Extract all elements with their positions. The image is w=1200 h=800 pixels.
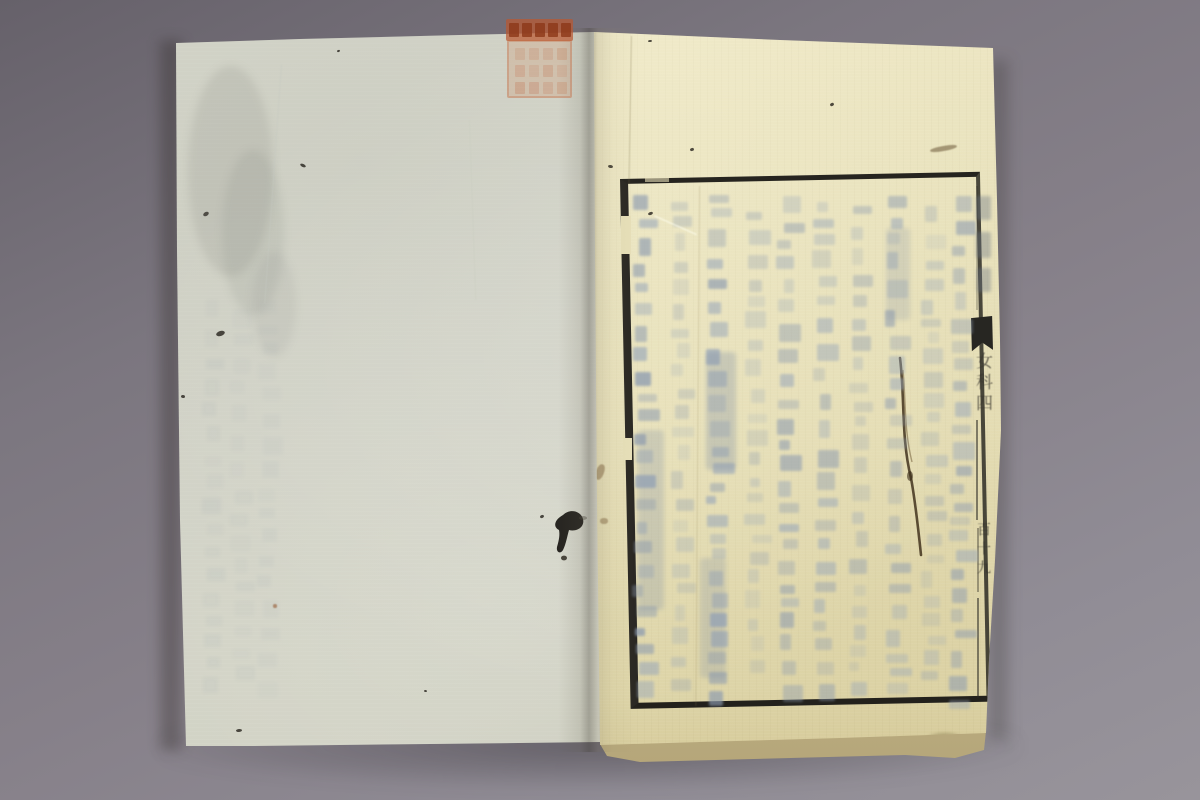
showthrough-glyph	[671, 364, 683, 377]
showthrough-glyph	[675, 405, 688, 419]
showthrough-glyph	[956, 550, 978, 561]
showthrough-glyph	[783, 196, 801, 213]
showthrough-glyph	[954, 503, 973, 512]
showthrough-glyph	[927, 555, 945, 564]
showthrough-glyph	[928, 332, 940, 343]
showthrough-glyph	[639, 219, 658, 228]
brown-mark	[600, 518, 608, 524]
showthrough-glyph	[926, 235, 946, 249]
showthrough-glyph	[852, 336, 872, 352]
showthrough-glyph	[778, 299, 794, 312]
showthrough-glyph	[819, 684, 835, 701]
banxin-rule	[977, 598, 979, 698]
paper-speck	[236, 729, 242, 733]
showthrough-glyph	[952, 425, 971, 434]
seal-script-glyph-faded	[515, 48, 525, 60]
seal-script-glyph-faded	[543, 65, 553, 77]
showthrough-glyph	[748, 340, 763, 351]
showthrough-glyph	[675, 233, 685, 251]
showthrough-glyph	[956, 196, 973, 212]
showthrough-glyph	[855, 416, 866, 426]
showthrough-glyph	[639, 662, 659, 675]
showthrough-glyph	[953, 442, 975, 460]
showthrough-glyph	[886, 654, 908, 663]
showthrough-glyph	[633, 195, 648, 210]
showthrough-glyph	[780, 612, 794, 628]
showthrough-glyph	[927, 534, 942, 546]
showthrough-glyph	[709, 195, 728, 203]
seal-script-glyph-faded	[557, 48, 567, 60]
showthrough-glyph	[851, 682, 867, 696]
showthrough-glyph	[779, 524, 798, 533]
ink-blot	[550, 506, 592, 564]
frame-border-wear	[645, 178, 669, 182]
showthrough-glyph	[815, 638, 832, 650]
showthrough-glyph	[745, 311, 767, 328]
showthrough-glyph	[923, 348, 944, 364]
showthrough-glyph	[949, 700, 970, 709]
showthrough-glyph	[818, 498, 838, 507]
showthrough-glyph	[206, 300, 219, 317]
seal-script-glyph-faded	[557, 82, 567, 94]
showthrough-glyph	[675, 605, 685, 621]
showthrough-glyph	[708, 229, 726, 247]
showthrough-dense-cluster	[638, 430, 664, 610]
showthrough-glyph	[259, 508, 276, 518]
showthrough-glyph	[778, 400, 799, 410]
showthrough-glyph	[815, 520, 837, 531]
showthrough-glyph	[854, 457, 867, 473]
showthrough-glyph	[951, 609, 963, 622]
showthrough-glyph	[235, 558, 247, 574]
showthrough-dense-cluster	[706, 352, 736, 470]
showthrough-glyph	[925, 496, 944, 506]
ownership-seal	[506, 19, 573, 98]
showthrough-glyph	[748, 569, 759, 583]
showthrough-glyph	[817, 472, 835, 490]
showthrough-dense-cluster	[886, 228, 910, 320]
paper-speck	[424, 690, 427, 693]
showthrough-glyph	[207, 426, 220, 441]
showthrough-glyph	[749, 230, 771, 245]
showthrough-glyph	[891, 563, 911, 573]
showthrough-glyph	[784, 223, 805, 233]
showthrough-glyph	[956, 466, 972, 477]
showthrough-dense-cluster	[700, 558, 726, 678]
showthrough-glyph	[778, 349, 799, 363]
seal-faded-body	[507, 40, 572, 98]
showthrough-glyph	[925, 474, 941, 484]
showthrough-glyph	[890, 668, 912, 677]
showthrough-glyph	[955, 402, 971, 417]
showthrough-glyph	[778, 561, 795, 576]
showthrough-glyph	[678, 389, 695, 399]
showthrough-glyph	[750, 660, 765, 673]
showthrough-glyph	[258, 653, 277, 667]
showthrough-glyph	[819, 276, 837, 287]
showthrough-glyph	[813, 621, 827, 632]
showthrough-glyph	[927, 511, 947, 522]
showthrough-glyph	[779, 503, 800, 513]
showthrough-glyph	[232, 405, 246, 420]
paper-crease	[628, 36, 632, 184]
showthrough-glyph	[677, 583, 696, 593]
volume-label: 女科四	[974, 352, 995, 432]
showthrough-glyph	[777, 419, 794, 435]
showthrough-glyph	[635, 372, 650, 386]
seal-script-glyph-faded	[515, 82, 525, 94]
showthrough-glyph	[852, 485, 870, 500]
showthrough-glyph	[814, 599, 825, 613]
paper-speck	[337, 50, 341, 53]
seal-script-glyph-faded	[529, 65, 539, 77]
showthrough-glyph	[922, 613, 940, 626]
showthrough-glyph	[854, 625, 866, 640]
seal-upper-band	[506, 19, 573, 41]
showthrough-glyph	[887, 683, 907, 694]
paper-speck	[690, 147, 695, 151]
paper-speck	[300, 163, 307, 168]
showthrough-glyph	[852, 512, 864, 524]
showthrough-glyph	[262, 528, 276, 543]
showthrough-glyph	[889, 356, 905, 374]
showthrough-glyph	[925, 206, 937, 222]
showthrough-glyph	[856, 531, 868, 547]
showthrough-glyph	[890, 461, 901, 476]
showthrough-glyph	[953, 268, 965, 284]
showthrough-glyph	[776, 256, 794, 269]
showthrough-glyph	[673, 279, 689, 295]
showthrough-glyph	[678, 445, 691, 460]
showthrough-glyph	[236, 666, 255, 680]
showthrough-glyph	[235, 601, 254, 615]
seal-script-glyph	[522, 23, 532, 37]
showthrough-glyph	[781, 598, 799, 607]
showthrough-glyph	[889, 584, 911, 592]
showthrough-glyph	[207, 474, 223, 488]
showthrough-glyph	[745, 590, 760, 608]
showthrough-glyph	[817, 344, 839, 362]
paper-crease	[469, 120, 476, 300]
showthrough-glyph	[924, 372, 943, 388]
showthrough-glyph	[853, 357, 863, 370]
showthrough-glyph	[708, 279, 727, 289]
showthrough-glyph	[852, 248, 864, 265]
showthrough-glyph	[951, 319, 973, 334]
showthrough-glyph	[677, 343, 690, 358]
showthrough-glyph	[263, 414, 280, 428]
seal-script-glyph	[561, 23, 571, 37]
showthrough-glyph	[203, 593, 219, 607]
seal-script-glyph	[509, 23, 519, 37]
showthrough-glyph	[949, 530, 969, 541]
showthrough-glyph	[924, 393, 944, 408]
showthrough-glyph	[633, 347, 647, 361]
seal-script-glyph-faded	[529, 82, 539, 94]
showthrough-glyph	[263, 437, 283, 455]
showthrough-glyph	[207, 524, 222, 534]
seal-script-glyph-faded	[543, 82, 553, 94]
showthrough-glyph	[852, 606, 867, 619]
showthrough-glyph	[921, 319, 940, 327]
showthrough-glyph	[671, 329, 688, 338]
showthrough-glyph	[633, 264, 645, 276]
showthrough-glyph	[676, 537, 693, 552]
showthrough-glyph	[849, 383, 868, 394]
showthrough-glyph	[748, 296, 765, 307]
showthrough-glyph	[888, 489, 902, 505]
showthrough-glyph	[707, 259, 722, 268]
frame-border-wear	[623, 438, 632, 460]
showthrough-glyph	[950, 517, 970, 525]
showthrough-glyph	[230, 514, 248, 526]
showthrough-glyph	[747, 493, 763, 502]
showthrough-glyph	[778, 481, 791, 497]
brown-mark	[930, 144, 957, 154]
showthrough-glyph	[257, 575, 270, 587]
showthrough-glyph	[783, 685, 802, 702]
showthrough-glyph	[950, 484, 964, 494]
banxin-rule	[976, 420, 978, 520]
showthrough-glyph	[852, 434, 868, 449]
showthrough-glyph	[205, 547, 220, 557]
seal-script-glyph	[535, 23, 545, 37]
showthrough-glyph	[710, 322, 728, 337]
showthrough-glyph	[779, 440, 789, 450]
showthrough-glyph	[672, 427, 694, 436]
showthrough-glyph	[889, 516, 900, 532]
showthrough-glyph	[752, 535, 773, 543]
showthrough-glyph	[815, 582, 836, 592]
showthrough-glyph	[638, 394, 657, 403]
seal-script-glyph-faded	[515, 65, 525, 77]
showthrough-glyph	[852, 319, 866, 331]
showthrough-glyph	[671, 679, 691, 691]
showthrough-glyph	[750, 478, 760, 487]
showthrough-glyph	[820, 394, 832, 410]
showthrough-glyph	[206, 359, 224, 369]
showthrough-glyph	[854, 402, 873, 412]
showthrough-glyph	[204, 634, 221, 647]
showthrough-glyph	[749, 452, 761, 465]
showthrough-glyph	[886, 630, 900, 647]
showthrough-glyph	[816, 562, 836, 576]
showthrough-glyph	[676, 499, 694, 511]
showthrough-glyph	[780, 634, 791, 651]
showthrough-glyph	[890, 336, 911, 350]
showthrough-glyph	[954, 358, 972, 370]
showthrough-glyph	[924, 650, 939, 665]
showthrough-glyph	[635, 303, 652, 315]
showthrough-glyph	[892, 605, 907, 618]
showthrough-glyph	[231, 436, 244, 451]
showthrough-glyph	[812, 250, 831, 268]
showthrough-glyph	[258, 489, 275, 503]
showthrough-glyph	[711, 208, 731, 216]
showthrough-glyph	[638, 409, 660, 422]
showthrough-glyph	[230, 462, 244, 477]
showthrough-glyph	[259, 556, 274, 567]
showthrough-glyph	[780, 374, 794, 387]
showthrough-glyph	[748, 255, 767, 270]
showthrough-glyph	[635, 326, 647, 342]
showthrough-glyph	[849, 559, 867, 574]
showthrough-glyph	[750, 552, 769, 565]
showthrough-glyph	[953, 381, 967, 391]
showthrough-glyph	[818, 450, 840, 468]
seal-script-glyph-faded	[557, 65, 567, 77]
showthrough-glyph	[231, 536, 250, 551]
showthrough-glyph	[952, 246, 965, 256]
showthrough-glyph	[885, 398, 897, 409]
showthrough-glyph	[672, 564, 691, 579]
showthrough-glyph	[671, 657, 686, 668]
showthrough-glyph	[749, 280, 762, 292]
paper-speck	[648, 40, 652, 43]
frame-border-wear	[621, 216, 631, 254]
showthrough-glyph	[817, 296, 834, 305]
paper-speck	[540, 514, 545, 518]
showthrough-glyph	[921, 671, 938, 681]
showthrough-glyph	[751, 636, 764, 652]
showthrough-glyph	[202, 498, 221, 514]
banxin-title-fragment	[976, 196, 991, 220]
showthrough-glyph	[261, 628, 280, 640]
showthrough-glyph	[849, 662, 860, 671]
showthrough-glyph	[674, 262, 687, 274]
seal-script-glyph	[548, 23, 558, 37]
showthrough-glyph	[747, 430, 768, 446]
showthrough-glyph	[955, 630, 977, 638]
showthrough-glyph	[230, 381, 243, 393]
showthrough-glyph	[671, 202, 689, 211]
photo-open-book: 女科四 百十九	[0, 0, 1200, 800]
showthrough-glyph	[780, 585, 795, 594]
showthrough-glyph	[921, 571, 932, 588]
showthrough-glyph	[817, 318, 833, 333]
showthrough-glyph	[235, 627, 251, 637]
showthrough-glyph	[956, 221, 976, 235]
showthrough-glyph	[814, 234, 835, 245]
showthrough-glyph	[751, 389, 765, 403]
showthrough-glyph	[672, 627, 688, 644]
showthrough-glyph	[921, 432, 939, 446]
showthrough-glyph	[777, 240, 791, 249]
showthrough-glyph	[236, 582, 255, 591]
showthrough-glyph	[850, 645, 867, 656]
paper-speck	[830, 102, 835, 106]
paper-speck	[181, 395, 185, 398]
showthrough-glyph	[744, 514, 765, 525]
showthrough-glyph	[205, 457, 220, 466]
showthrough-glyph	[926, 455, 948, 467]
showthrough-glyph	[885, 544, 901, 554]
showthrough-glyph	[853, 275, 873, 287]
showthrough-glyph	[710, 483, 725, 492]
showthrough-glyph	[853, 295, 867, 308]
showthrough-glyph	[853, 206, 872, 214]
showthrough-glyph	[928, 636, 946, 645]
showthrough-glyph	[887, 438, 908, 448]
showthrough-glyph	[819, 420, 830, 438]
banxin-title-fragment	[977, 268, 991, 292]
showthrough-glyph	[708, 302, 722, 314]
showthrough-glyph	[955, 292, 966, 310]
showthrough-glyph	[258, 363, 276, 380]
showthrough-glyph	[783, 539, 798, 549]
showthrough-glyph	[813, 219, 834, 228]
paper-speck	[994, 51, 1000, 57]
showthrough-glyph	[890, 415, 912, 426]
showthrough-glyph	[817, 662, 834, 674]
showthrough-glyph	[921, 300, 933, 314]
showthrough-glyph	[635, 628, 645, 636]
showthrough-glyph	[258, 682, 278, 697]
showthrough-glyph	[207, 568, 226, 581]
showthrough-glyph	[924, 596, 940, 608]
showthrough-glyph	[851, 227, 863, 240]
showthrough-glyph	[203, 677, 218, 693]
showthrough-glyph	[745, 359, 762, 376]
banxin-title-fragment	[976, 232, 991, 258]
showthrough-glyph	[951, 569, 964, 580]
showthrough-glyph	[890, 378, 904, 390]
showthrough-glyph	[949, 676, 968, 691]
showthrough-glyph	[207, 657, 220, 668]
showthrough-glyph	[952, 588, 966, 603]
showthrough-glyph	[817, 202, 828, 212]
showthrough-glyph	[234, 359, 250, 372]
brown-mark	[273, 604, 277, 608]
showthrough-glyph	[925, 279, 945, 291]
showthrough-glyph	[888, 196, 907, 208]
showthrough-glyph	[673, 520, 688, 531]
showthrough-glyph	[262, 387, 281, 400]
showthrough-glyph	[206, 616, 222, 626]
showthrough-glyph	[926, 261, 944, 269]
showthrough-glyph	[673, 304, 684, 320]
showthrough-glyph	[782, 661, 796, 675]
showthrough-glyph	[234, 334, 253, 345]
showthrough-glyph	[232, 649, 251, 660]
showthrough-glyph	[746, 212, 762, 220]
showthrough-glyph	[813, 368, 825, 381]
showthrough-glyph	[635, 283, 648, 292]
showthrough-glyph	[712, 548, 727, 558]
seal-script-glyph-faded	[543, 48, 553, 60]
showthrough-glyph	[748, 414, 767, 423]
showthrough-glyph	[779, 324, 801, 341]
showthrough-glyph	[706, 496, 716, 504]
showthrough-glyph	[784, 279, 795, 293]
showthrough-glyph	[710, 534, 726, 544]
showthrough-glyph	[639, 238, 651, 255]
showthrough-glyph	[951, 651, 962, 668]
showthrough-glyph	[952, 341, 969, 353]
showthrough-glyph	[891, 218, 902, 229]
stain	[252, 252, 296, 357]
showthrough-glyph	[205, 379, 219, 396]
showthrough-glyph	[637, 681, 654, 698]
showthrough-glyph	[709, 691, 723, 706]
showthrough-glyph	[818, 538, 831, 549]
showthrough-glyph	[748, 619, 759, 631]
showthrough-glyph	[780, 455, 802, 471]
showthrough-glyph	[235, 491, 253, 504]
paper-speck	[608, 165, 613, 169]
seal-script-glyph-faded	[529, 48, 539, 60]
showthrough-glyph	[202, 402, 216, 416]
